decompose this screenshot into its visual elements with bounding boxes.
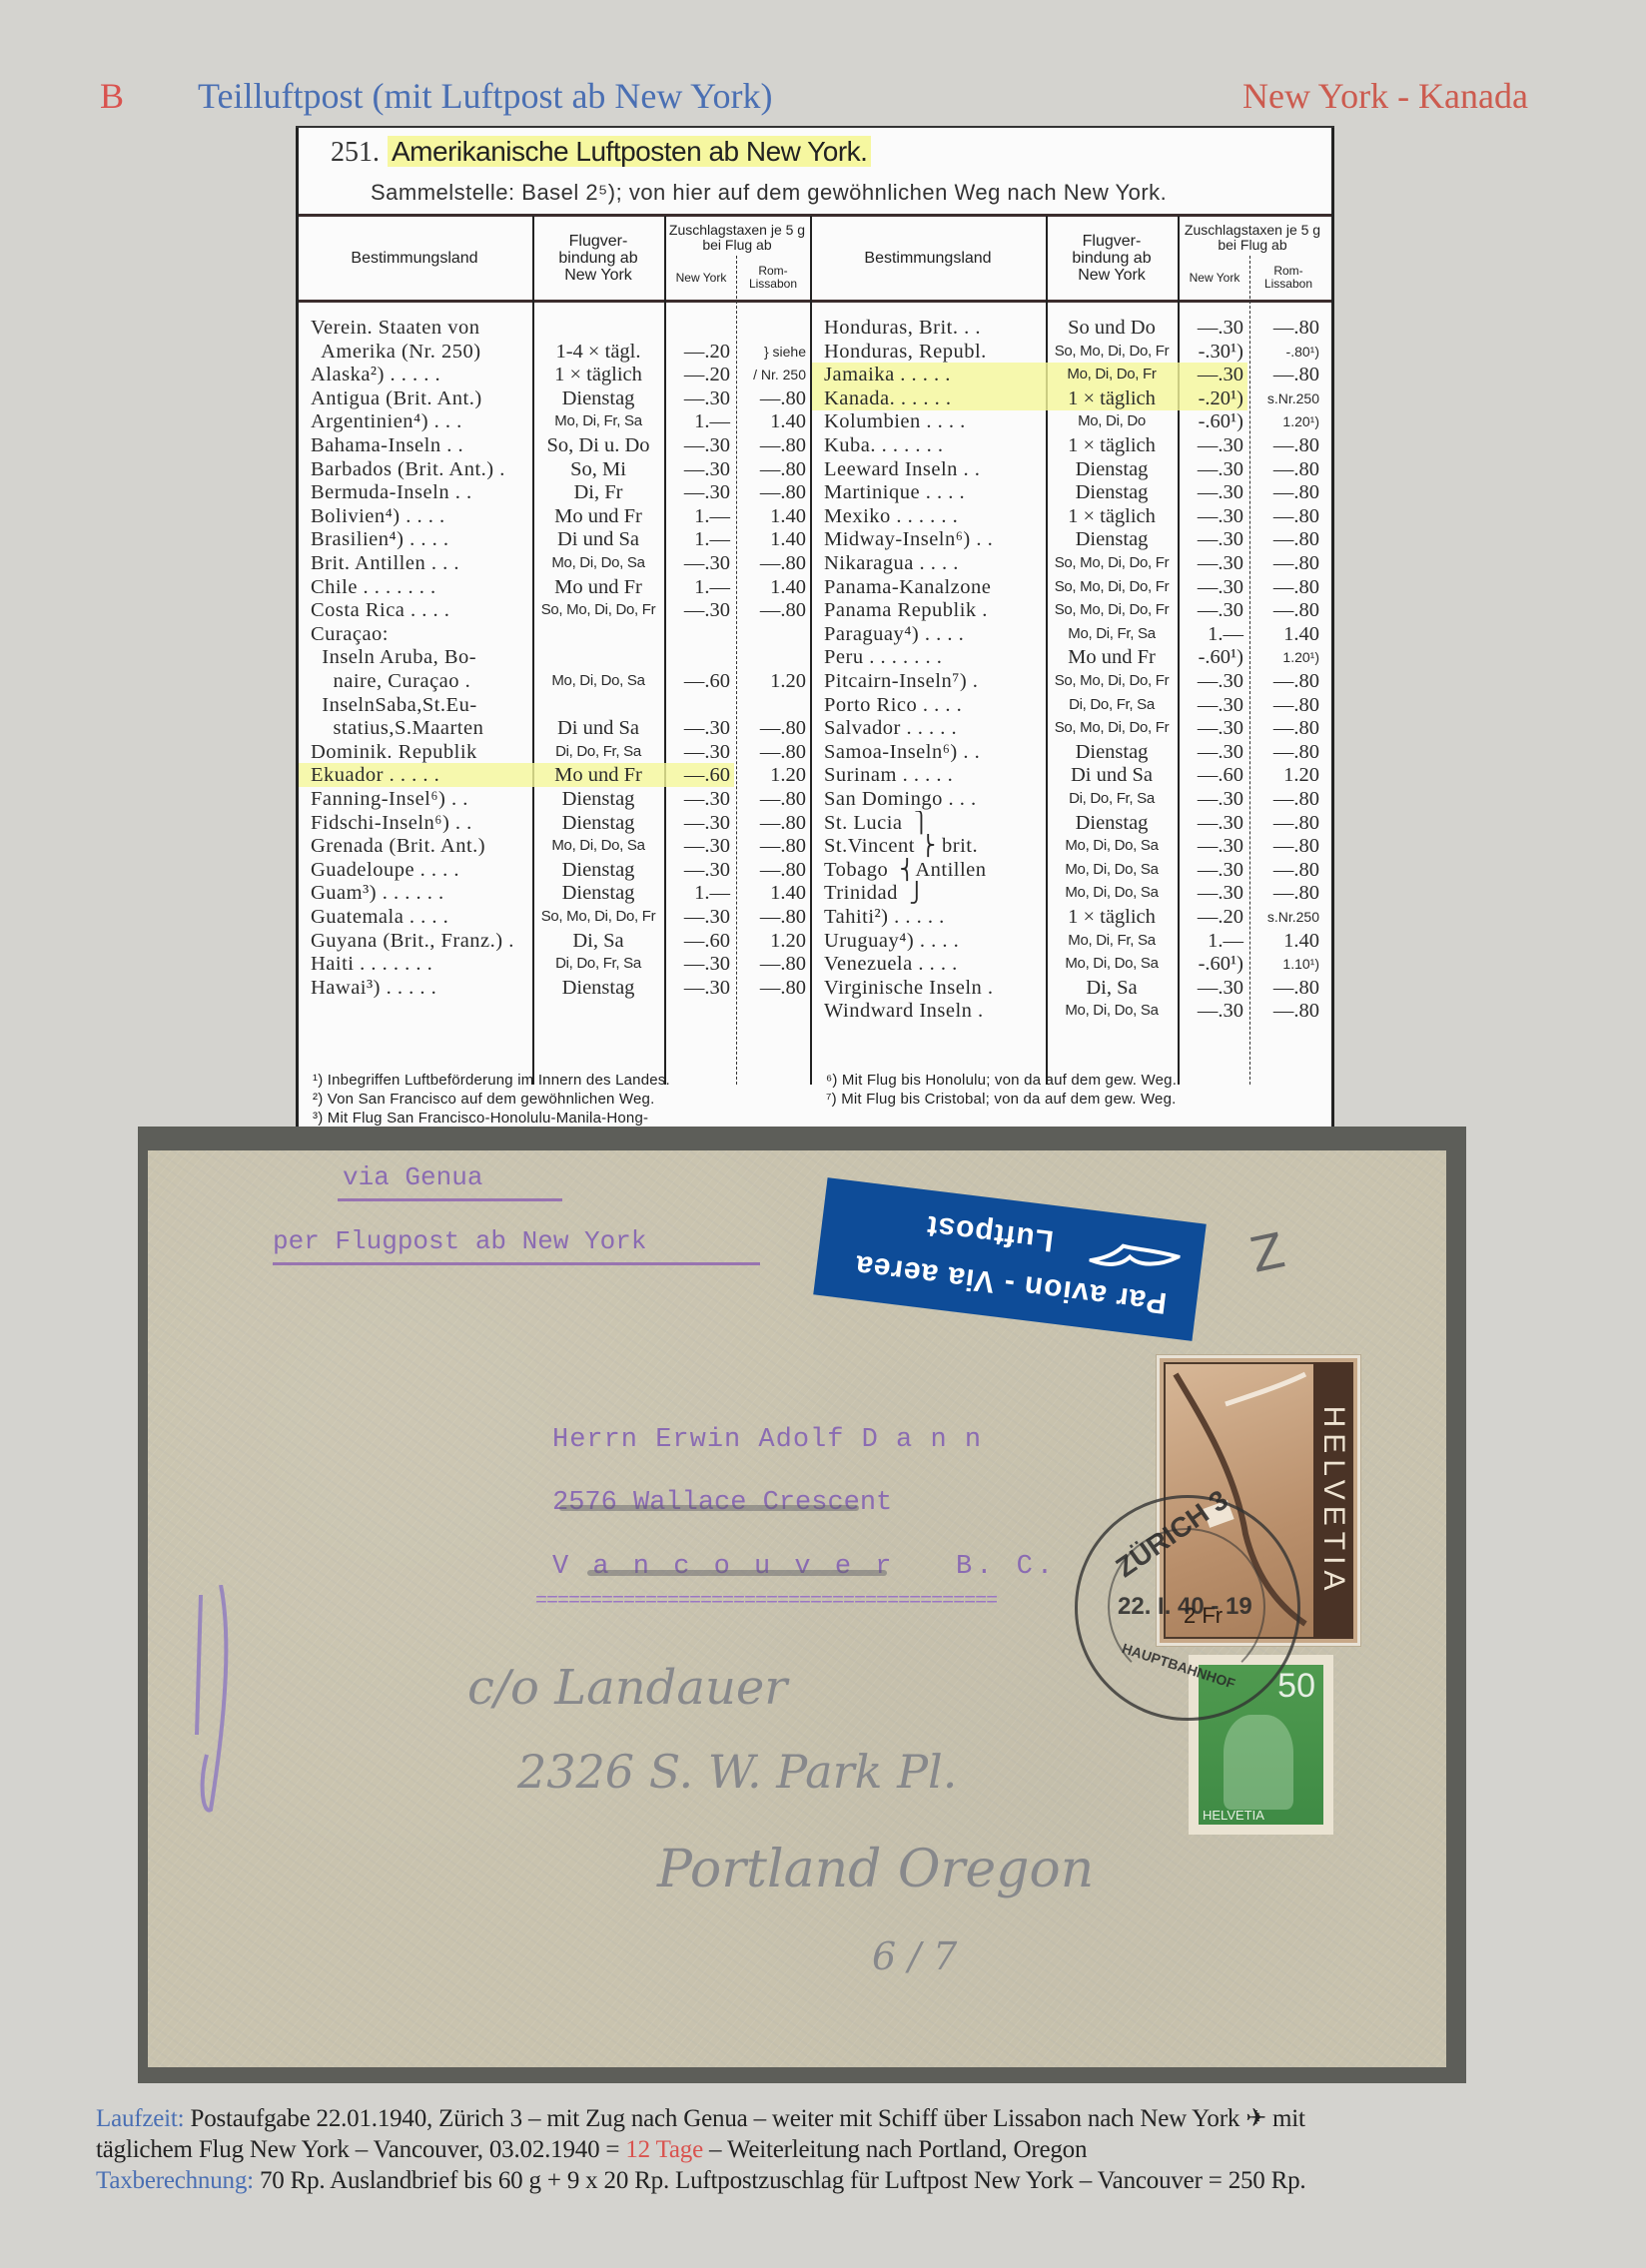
table-row: Brasilien⁴) . . . .Di und Sa1.—1.40 (299, 527, 810, 551)
rate-new-york-cell: —.30 (1180, 811, 1243, 835)
rate-rome-lisbon-cell: 1.20¹) (1251, 409, 1319, 433)
table-row: Venezuela . . . .Mo, Di, Do, Sa-.60¹)1.1… (812, 952, 1327, 976)
country-cell: Peru . . . . . . . (824, 645, 1052, 669)
footnote: ⁷) Mit Flug bis Cristobal; von da auf de… (826, 1090, 1177, 1109)
table-row: Argentinien⁴) . . .Mo, Di, Fr, Sa1.—1.40 (299, 409, 810, 433)
rate-new-york-cell: —.30 (666, 787, 730, 811)
country-cell: Barbados (Brit. Ant.) . (311, 457, 538, 481)
rate-new-york-cell: —.60 (1180, 763, 1243, 787)
flight-days-cell: Mo und Fr (1048, 645, 1176, 669)
country-cell: Kanada. . . . . . (824, 386, 1052, 410)
rate-new-york-cell: —.30 (1180, 881, 1243, 905)
country-cell: Inseln Aruba, Bo- (311, 645, 538, 669)
table-row: Panama-KanalzoneSo, Mo, Di, Do, Fr—.30—.… (812, 575, 1327, 599)
collection-point-note: Sammelstelle: Basel 2⁵); von hier auf de… (371, 180, 1167, 206)
table-row: Haiti . . . . . . .Di, Do, Fr, Sa—.30—.8… (299, 952, 810, 976)
rate-rome-lisbon-cell: —.80 (738, 834, 806, 858)
footnote: ¹) Inbegriffen Luftbeförderung im Innern… (313, 1071, 670, 1090)
table-row: St.Vincent ⎬ brit.Mo, Di, Do, Sa—.30—.80 (812, 834, 1327, 858)
bird-icon (1089, 1232, 1182, 1277)
flight-days-cell: So, Mo, Di, Do, Fr (1048, 716, 1176, 740)
flight-days-cell: Di, Do, Fr, Sa (534, 952, 662, 976)
flight-days-cell: 1 × täglich (1048, 905, 1176, 929)
col-header-country: Bestimmungsland (299, 218, 530, 298)
section-title: Amerikanische Luftposten ab New York. (388, 136, 871, 167)
table-row: Alaska²) . . . . .1 × täglich—.20/ Nr. 2… (299, 363, 810, 386)
col-header-from-rome-lisbon-2: Rom- Lissabon (1251, 258, 1325, 298)
flight-days-cell: Mo, Di, Do, Sa (534, 834, 662, 858)
rate-new-york-cell: —.30 (1180, 999, 1243, 1023)
rate-rome-lisbon-cell: 1.20 (738, 763, 806, 787)
rate-rome-lisbon-cell: —.80 (1251, 363, 1319, 386)
country-cell: Windward Inseln . (824, 999, 1052, 1023)
table-row: Porto Rico . . . .Di, Do, Fr, Sa—.30—.80 (812, 693, 1327, 717)
country-cell: Guam³) . . . . . . (311, 881, 538, 905)
table-row: Jamaika . . . . .Mo, Di, Do, Fr—.30—.80 (812, 363, 1327, 386)
rate-new-york-cell: —.20 (1180, 905, 1243, 929)
table-row: Virginische Inseln .Di, Sa—.30—.80 (812, 976, 1327, 1000)
rate-rome-lisbon-cell: 1.40 (1251, 929, 1319, 953)
rate-new-york-cell: —.60 (666, 763, 730, 787)
country-cell: Nikaragua . . . . (824, 551, 1052, 575)
table-row: Honduras, Republ.So, Mo, Di, Do, Fr-.30¹… (812, 340, 1327, 364)
rate-rome-lisbon-cell: —.80 (738, 551, 806, 575)
rate-new-york-cell: —.30 (666, 551, 730, 575)
table-row: Salvador . . . . .So, Mo, Di, Do, Fr—.30… (812, 716, 1327, 740)
table-row: Fanning-Insel⁶) . .Dienstag—.30—.80 (299, 787, 810, 811)
country-cell: Brit. Antillen . . . (311, 551, 538, 575)
rate-new-york-cell: —.30 (1180, 858, 1243, 882)
rate-rome-lisbon-cell: 1.40 (738, 881, 806, 905)
underline (273, 1262, 760, 1265)
country-cell: Costa Rica . . . . (311, 598, 538, 622)
country-cell: Chile . . . . . . . (311, 575, 538, 599)
country-cell: Curaçao: (311, 622, 538, 646)
rate-new-york-cell: —.30 (666, 480, 730, 504)
rate-new-york-cell: -.30¹) (1180, 340, 1243, 364)
country-cell: Grenada (Brit. Ant.) (311, 834, 538, 858)
rate-rome-lisbon-cell: —.80 (738, 952, 806, 976)
flight-days-cell: Mo, Di, Do, Sa (1048, 881, 1176, 905)
rate-rome-lisbon-cell: —.80 (1251, 693, 1319, 717)
country-cell: Mexiko . . . . . . (824, 504, 1052, 528)
rate-rome-lisbon-cell: 1.40 (738, 409, 806, 433)
table-row: naire, Curaçao .Mo, Di, Do, Sa—.601.20 (299, 669, 810, 693)
rate-rome-lisbon-cell: —.80 (738, 905, 806, 929)
flight-days-cell: 1-4 × tägl. (534, 340, 662, 364)
table-row: statius,S.MaartenDi und Sa—.30—.80 (299, 716, 810, 740)
flight-days-cell: Di und Sa (534, 716, 662, 740)
forwarding-line-3: Portland Oregon (657, 1840, 1094, 1899)
table-row: Fidschi-Inseln⁶) . .Dienstag—.30—.80 (299, 811, 810, 835)
rate-new-york-cell: —.30 (666, 386, 730, 410)
caption-tax: Taxberechnung: 70 Rp. Auslandbrief bis 6… (96, 2165, 1305, 2196)
flight-days-cell: Dienstag (1048, 527, 1176, 551)
rate-rome-lisbon-cell: 1.20 (1251, 763, 1319, 787)
flight-days-cell: Mo, Di, Fr, Sa (1048, 929, 1176, 953)
rate-new-york-cell: -.60¹) (1180, 409, 1243, 433)
flight-days-cell: So, Mo, Di, Do, Fr (1048, 340, 1176, 364)
rate-new-york-cell: —.30 (1180, 480, 1243, 504)
table-row: St. Lucia ⎫Dienstag—.30—.80 (812, 811, 1327, 835)
address-city: V a n c o u v e r B. C. (552, 1552, 1057, 1582)
stamp-country: HELVETIA (1203, 1808, 1264, 1823)
rate-rome-lisbon-cell: —.80 (1251, 716, 1319, 740)
rate-new-york-cell: —.30 (666, 716, 730, 740)
rate-rome-lisbon-cell: —.80 (1251, 598, 1319, 622)
section-letter: B (100, 74, 124, 118)
routing-airmail-ny: per Flugpost ab New York (273, 1226, 646, 1256)
page-title: Teilluftpost (mit Luftpost ab New York) (198, 74, 772, 118)
flight-days-cell: Dienstag (534, 811, 662, 835)
table-row: Tahiti²) . . . . .1 × täglich—.20s.Nr.25… (812, 905, 1327, 929)
flight-days-cell: Dienstag (534, 976, 662, 1000)
col-header-country-2: Bestimmungsland (812, 218, 1044, 298)
rate-new-york-cell: 1.— (666, 881, 730, 905)
route-title: New York - Kanada (1242, 74, 1528, 118)
flight-days-cell: Mo und Fr (534, 504, 662, 528)
rate-new-york-cell: 1.— (666, 527, 730, 551)
envelope-cover: via Genua per Flugpost ab New York Par a… (148, 1150, 1446, 2067)
rate-rome-lisbon-cell: —.80 (1251, 480, 1319, 504)
table-row: Guam³) . . . . . .Dienstag1.—1.40 (299, 881, 810, 905)
rate-rome-lisbon-cell: —.80 (738, 716, 806, 740)
flight-days-cell: Dienstag (534, 386, 662, 410)
country-cell: Bahama-Inseln . . (311, 433, 538, 457)
rate-rome-lisbon-cell: —.80 (1251, 976, 1319, 1000)
table-row: Curaçao: (299, 622, 810, 646)
flight-days-cell: So und Do (1048, 316, 1176, 340)
rate-new-york-cell: —.30 (1180, 433, 1243, 457)
flight-days-cell: Mo, Di, Do, Sa (1048, 858, 1176, 882)
rate-new-york-cell: 1.— (1180, 622, 1243, 646)
rate-new-york-cell: —.30 (1180, 976, 1243, 1000)
divider (299, 214, 1331, 217)
rate-new-york-cell: -.20¹) (1180, 386, 1243, 410)
col-header-flight: Flugver- bindung ab New York (534, 218, 662, 298)
table-row: Guadeloupe . . . .Dienstag—.30—.80 (299, 858, 810, 882)
table-row: Brit. Antillen . . .Mo, Di, Do, Sa—.30—.… (299, 551, 810, 575)
rate-rome-lisbon-cell: —.80 (1251, 858, 1319, 882)
flight-days-cell: Mo, Di, Do, Sa (1048, 834, 1176, 858)
rate-new-york-cell: 1.— (1180, 929, 1243, 953)
country-cell: Panama Republik . (824, 598, 1052, 622)
country-cell: Surinam . . . . . (824, 763, 1052, 787)
country-cell: Kuba. . . . . . . (824, 433, 1052, 457)
rate-new-york-cell: —.30 (666, 457, 730, 481)
footnote: ⁶) Mit Flug bis Honolulu; von da auf dem… (826, 1071, 1177, 1090)
country-cell: Pitcairn-Inseln⁷) . (824, 669, 1052, 693)
flight-days-cell: Mo, Di, Fr, Sa (1048, 622, 1176, 646)
table-row: Ekuador . . . . .Mo und Fr—.601.20 (299, 763, 810, 787)
rate-new-york-cell: —.30 (666, 905, 730, 929)
flight-days-cell: Di und Sa (534, 527, 662, 551)
col-header-from-ny-2: New York (1180, 258, 1249, 298)
address-separator: ========================================… (535, 1590, 997, 1613)
table-row: Guatemala . . . .So, Mo, Di, Do, Fr—.30—… (299, 905, 810, 929)
table-row: Windward Inseln .Mo, Di, Do, Sa—.30—.80 (812, 999, 1327, 1023)
table-row: Costa Rica . . . .So, Mo, Di, Do, Fr—.30… (299, 598, 810, 622)
rate-new-york-cell: —.30 (1180, 527, 1243, 551)
table-row: Amerika (Nr. 250)1-4 × tägl.—.20} siehe (299, 340, 810, 364)
tax-label: Taxberechnung: (96, 2167, 254, 2194)
rate-new-york-cell: —.30 (666, 811, 730, 835)
rate-rome-lisbon-cell: —.80 (1251, 575, 1319, 599)
country-cell: Hawai³) . . . . . (311, 976, 538, 1000)
strikethrough (559, 1505, 859, 1511)
col-header-from-ny: New York (666, 258, 736, 298)
rate-rome-lisbon-cell: -.80¹) (1251, 340, 1319, 364)
country-cell: Tobago ⎨Antillen (824, 858, 1052, 882)
table-row: Midway-Inseln⁶) . .Dienstag—.30—.80 (812, 527, 1327, 551)
country-cell: Martinique . . . . (824, 480, 1052, 504)
rate-new-york-cell: —.30 (1180, 363, 1243, 386)
country-cell: InselnSaba,St.Eu- (311, 693, 538, 717)
helvetia-figure (1224, 1715, 1293, 1810)
table-row: Samoa-Inseln⁶) . .Dienstag—.30—.80 (812, 740, 1327, 764)
rate-new-york-cell: —.30 (1180, 504, 1243, 528)
footnotes-left: ¹) Inbegriffen Luftbeförderung im Innern… (313, 1071, 670, 1127)
rate-rome-lisbon-cell: —.80 (738, 811, 806, 835)
country-cell: Paraguay⁴) . . . . (824, 622, 1052, 646)
transit-duration: 12 Tage (625, 2136, 703, 2163)
flight-days-cell: Di, Fr (534, 480, 662, 504)
rate-rome-lisbon-cell: —.80 (1251, 669, 1319, 693)
rate-new-york-cell: —.30 (1180, 787, 1243, 811)
flight-days-cell: 1 × täglich (1048, 504, 1176, 528)
stamp-value: 50 (1277, 1667, 1315, 1706)
rate-rome-lisbon-cell: —.80 (738, 976, 806, 1000)
rate-rome-lisbon-cell: —.80 (1251, 787, 1319, 811)
country-cell: naire, Curaçao . (311, 669, 538, 693)
rate-new-york-cell: —.30 (666, 952, 730, 976)
country-cell: Brasilien⁴) . . . . (311, 527, 538, 551)
rate-rome-lisbon-cell: —.80 (1251, 504, 1319, 528)
rate-new-york-cell: —.30 (666, 433, 730, 457)
rate-new-york-cell: —.30 (666, 858, 730, 882)
rate-new-york-cell: —.30 (1180, 716, 1243, 740)
table-row: Bolivien⁴) . . . .Mo und Fr1.—1.40 (299, 504, 810, 528)
flight-days-cell: Mo und Fr (534, 763, 662, 787)
col-header-surcharge-2: Zuschlagstaxen je 5 g bei Flug ab (1180, 218, 1325, 258)
table-row: Kolumbien . . . .Mo, Di, Do-.60¹)1.20¹) (812, 409, 1327, 433)
rate-rome-lisbon-cell: —.80 (1251, 811, 1319, 835)
rate-rome-lisbon-cell: 1.20 (738, 929, 806, 953)
flight-days-cell: Di, Sa (534, 929, 662, 953)
transit-text: Postaufgabe 22.01.1940, Zürich 3 – mit Z… (184, 2105, 1304, 2132)
flight-days-cell: Mo, Di, Fr, Sa (534, 409, 662, 433)
rate-rome-lisbon-cell: —.80 (1251, 433, 1319, 457)
country-cell: Kolumbien . . . . (824, 409, 1052, 433)
table-row: Leeward Inseln . .Dienstag—.30—.80 (812, 457, 1327, 481)
rate-rome-lisbon-cell: —.80 (738, 598, 806, 622)
country-cell: Bermuda-Inseln . . (311, 480, 538, 504)
country-cell: St. Lucia ⎫ (824, 811, 1052, 835)
transit-text: täglichem Flug New York – Vancouver, 03.… (96, 2136, 625, 2163)
table-row: San Domingo . . .Di, Do, Fr, Sa—.30—.80 (812, 787, 1327, 811)
flight-days-cell: Dienstag (1048, 457, 1176, 481)
flight-days-cell: Mo, Di, Do, Sa (1048, 999, 1176, 1023)
rate-new-york-cell: —.60 (666, 929, 730, 953)
rate-new-york-cell: —.30 (666, 740, 730, 764)
table-row: Surinam . . . . .Di und Sa—.601.20 (812, 763, 1327, 787)
rate-new-york-cell: —.30 (1180, 457, 1243, 481)
country-cell: Guyana (Brit., Franz.) . (311, 929, 538, 953)
section-heading: 251.Amerikanische Luftposten ab New York… (331, 136, 871, 169)
table-row: Panama Republik .So, Mo, Di, Do, Fr—.30—… (812, 598, 1327, 622)
table-row: Trinidad ⎭Mo, Di, Do, Sa—.30—.80 (812, 881, 1327, 905)
country-cell: Jamaika . . . . . (824, 363, 1052, 386)
table-row: Bermuda-Inseln . .Di, Fr—.30—.80 (299, 480, 810, 504)
rate-rome-lisbon-cell: —.80 (1251, 740, 1319, 764)
transit-text: – Weiterleitung nach Portland, Oregon (703, 2136, 1087, 2163)
country-cell: Honduras, Republ. (824, 340, 1052, 364)
routing-via-genua: via Genua (343, 1162, 482, 1192)
rate-new-york-cell: —.30 (1180, 551, 1243, 575)
address-name: Herrn Erwin Adolf D a n n (552, 1425, 982, 1455)
rate-rome-lisbon-cell: —.80 (738, 457, 806, 481)
country-cell: Verein. Staaten von (311, 316, 538, 340)
rate-rome-lisbon-cell: —.80 (738, 386, 806, 410)
rate-new-york-cell: 1.— (666, 575, 730, 599)
country-cell: Virginische Inseln . (824, 976, 1052, 1000)
rate-rome-lisbon-cell: 1.40 (738, 575, 806, 599)
flight-days-cell: 1 × täglich (1048, 433, 1176, 457)
footnote: ²) Von San Francisco auf dem gewöhnliche… (313, 1090, 670, 1109)
flight-days-cell: So, Mo, Di, Do, Fr (1048, 598, 1176, 622)
forwarding-line-1: c/o Landauer (467, 1660, 787, 1716)
country-cell: Argentinien⁴) . . . (311, 409, 538, 433)
rate-new-york-cell: 1.— (666, 504, 730, 528)
flight-days-cell: Dienstag (534, 858, 662, 882)
rate-new-york-cell: —.30 (1180, 575, 1243, 599)
table-row: Peru . . . . . . .Mo und Fr-.60¹)1.20¹) (812, 645, 1327, 669)
stamp-country: HELVETIA (1316, 1405, 1350, 1596)
rate-new-york-cell: —.30 (1180, 316, 1243, 340)
country-cell: Salvador . . . . . (824, 716, 1052, 740)
rate-rome-lisbon-cell: 1.10¹) (1251, 952, 1319, 976)
rate-table-clipping: 251.Amerikanische Luftposten ab New York… (296, 128, 1334, 1127)
rate-rome-lisbon-cell: —.80 (1251, 457, 1319, 481)
flight-days-cell: Mo, Di, Do, Sa (534, 669, 662, 693)
rate-rome-lisbon-cell: —.80 (1251, 834, 1319, 858)
rate-rome-lisbon-cell: —.80 (1251, 527, 1319, 551)
table-row: Paraguay⁴) . . . .Mo, Di, Fr, Sa1.—1.40 (812, 622, 1327, 646)
country-cell: Fidschi-Inseln⁶) . . (311, 811, 538, 835)
table-row: Uruguay⁴) . . . .Mo, Di, Fr, Sa1.—1.40 (812, 929, 1327, 953)
rate-new-york-cell: —.30 (666, 834, 730, 858)
table-row: Honduras, Brit. . .So und Do—.30—.80 (812, 316, 1327, 340)
country-cell: Midway-Inseln⁶) . . (824, 527, 1052, 551)
forwarding-line-2: 2326 S. W. Park Pl. (517, 1745, 957, 1799)
country-cell: Antigua (Brit. Ant.) (311, 386, 538, 410)
country-cell: Guadeloupe . . . . (311, 858, 538, 882)
country-cell: Uruguay⁴) . . . . (824, 929, 1052, 953)
rate-rome-lisbon-cell: / Nr. 250 (738, 363, 806, 386)
country-cell: Honduras, Brit. . . (824, 316, 1052, 340)
rate-rome-lisbon-cell: —.80 (1251, 881, 1319, 905)
table-row: Bahama-Inseln . .So, Di u. Do—.30—.80 (299, 433, 810, 457)
rate-rome-lisbon-cell: 1.20 (738, 669, 806, 693)
country-cell: Bolivien⁴) . . . . (311, 504, 538, 528)
rate-new-york-cell: —.30 (1180, 598, 1243, 622)
footnotes-right: ⁶) Mit Flug bis Honolulu; von da auf dem… (826, 1071, 1177, 1109)
address-street: 2576 Wallace Crescent (552, 1488, 892, 1518)
rate-rome-lisbon-cell: s.Nr.250 (1251, 386, 1319, 410)
flight-days-cell: So, Mo, Di, Do, Fr (1048, 575, 1176, 599)
table-row: Verein. Staaten von (299, 316, 810, 340)
country-cell: Venezuela . . . . (824, 952, 1052, 976)
rate-rome-lisbon-cell: 1.40 (738, 527, 806, 551)
flight-days-cell: Mo, Di, Do, Fr (1048, 363, 1176, 386)
forwarding-line-4: 6 / 7 (872, 1934, 957, 1978)
rate-rome-lisbon-cell: —.80 (738, 480, 806, 504)
caption-transit-line-1: Laufzeit: Postaufgabe 22.01.1940, Zürich… (96, 2103, 1305, 2134)
rate-new-york-cell: —.30 (666, 598, 730, 622)
country-cell: Guatemala . . . . (311, 905, 538, 929)
rate-new-york-cell: —.20 (666, 363, 730, 386)
col-header-from-rome-lisbon: Rom- Lissabon (738, 258, 808, 298)
flight-days-cell: Mo, Di, Do (1048, 409, 1176, 433)
rate-new-york-cell: —.30 (1180, 740, 1243, 764)
table-header: Bestimmungsland Flugver- bindung ab New … (299, 218, 1331, 298)
rate-rome-lisbon-cell: —.80 (738, 858, 806, 882)
table-row: Inseln Aruba, Bo- (299, 645, 810, 669)
rate-new-york-cell: —.30 (666, 976, 730, 1000)
rate-rome-lisbon-cell: —.80 (1251, 551, 1319, 575)
table-row: InselnSaba,St.Eu- (299, 693, 810, 717)
underline (338, 1198, 562, 1201)
tax-text: 70 Rp. Auslandbrief bis 60 g + 9 x 20 Rp… (254, 2167, 1306, 2194)
country-cell: statius,S.Maarten (311, 716, 538, 740)
flight-days-cell: So, Mo, Di, Do, Fr (1048, 551, 1176, 575)
flight-days-cell: Mo und Fr (534, 575, 662, 599)
country-cell: Alaska²) . . . . . (311, 363, 538, 386)
table-row: Martinique . . . .Dienstag—.30—.80 (812, 480, 1327, 504)
postmark: ZÜRICH 3 22. I. 40 - 19 HAUPTBAHNHOF (1075, 1495, 1300, 1721)
flight-days-cell: 1 × täglich (534, 363, 662, 386)
rate-new-york-cell: —.30 (1180, 669, 1243, 693)
rate-rome-lisbon-cell: 1.40 (738, 504, 806, 528)
airmail-label-luftpost: Luftpost (925, 1208, 1056, 1257)
rate-rome-lisbon-cell: 1.20¹) (1251, 645, 1319, 669)
rate-new-york-cell: —.20 (666, 340, 730, 364)
rate-new-york-cell: —.30 (1180, 693, 1243, 717)
postmark-date: 22. I. 40 - 19 (1118, 1593, 1252, 1621)
flight-days-cell: Dienstag (534, 881, 662, 905)
rate-rome-lisbon-cell: —.80 (1251, 316, 1319, 340)
country-cell: Haiti . . . . . . . (311, 952, 538, 976)
country-cell: Porto Rico . . . . (824, 693, 1052, 717)
rate-rome-lisbon-cell: 1.40 (1251, 622, 1319, 646)
table-row: Antigua (Brit. Ant.)Dienstag—.30—.80 (299, 386, 810, 410)
country-cell: Fanning-Insel⁶) . . (311, 787, 538, 811)
table-row: Kuba. . . . . . .1 × täglich—.30—.80 (812, 433, 1327, 457)
rate-new-york-cell: -.60¹) (1180, 645, 1243, 669)
rate-new-york-cell: -.60¹) (1180, 952, 1243, 976)
table-row: Tobago ⎨AntillenMo, Di, Do, Sa—.30—.80 (812, 858, 1327, 882)
table-row: Kanada. . . . . .1 × täglich-.20¹)s.Nr.2… (812, 386, 1327, 410)
table-row: Hawai³) . . . . .Dienstag—.30—.80 (299, 976, 810, 1000)
table-row: Barbados (Brit. Ant.) .So, Mi—.30—.80 (299, 457, 810, 481)
flight-days-cell: Di, Do, Fr, Sa (1048, 787, 1176, 811)
flight-days-cell: 1 × täglich (1048, 386, 1176, 410)
flight-days-cell: Dienstag (1048, 740, 1176, 764)
country-cell: San Domingo . . . (824, 787, 1052, 811)
country-cell: Leeward Inseln . . (824, 457, 1052, 481)
flight-days-cell: Di, Do, Fr, Sa (1048, 693, 1176, 717)
rate-rome-lisbon-cell: } siehe (738, 340, 806, 364)
